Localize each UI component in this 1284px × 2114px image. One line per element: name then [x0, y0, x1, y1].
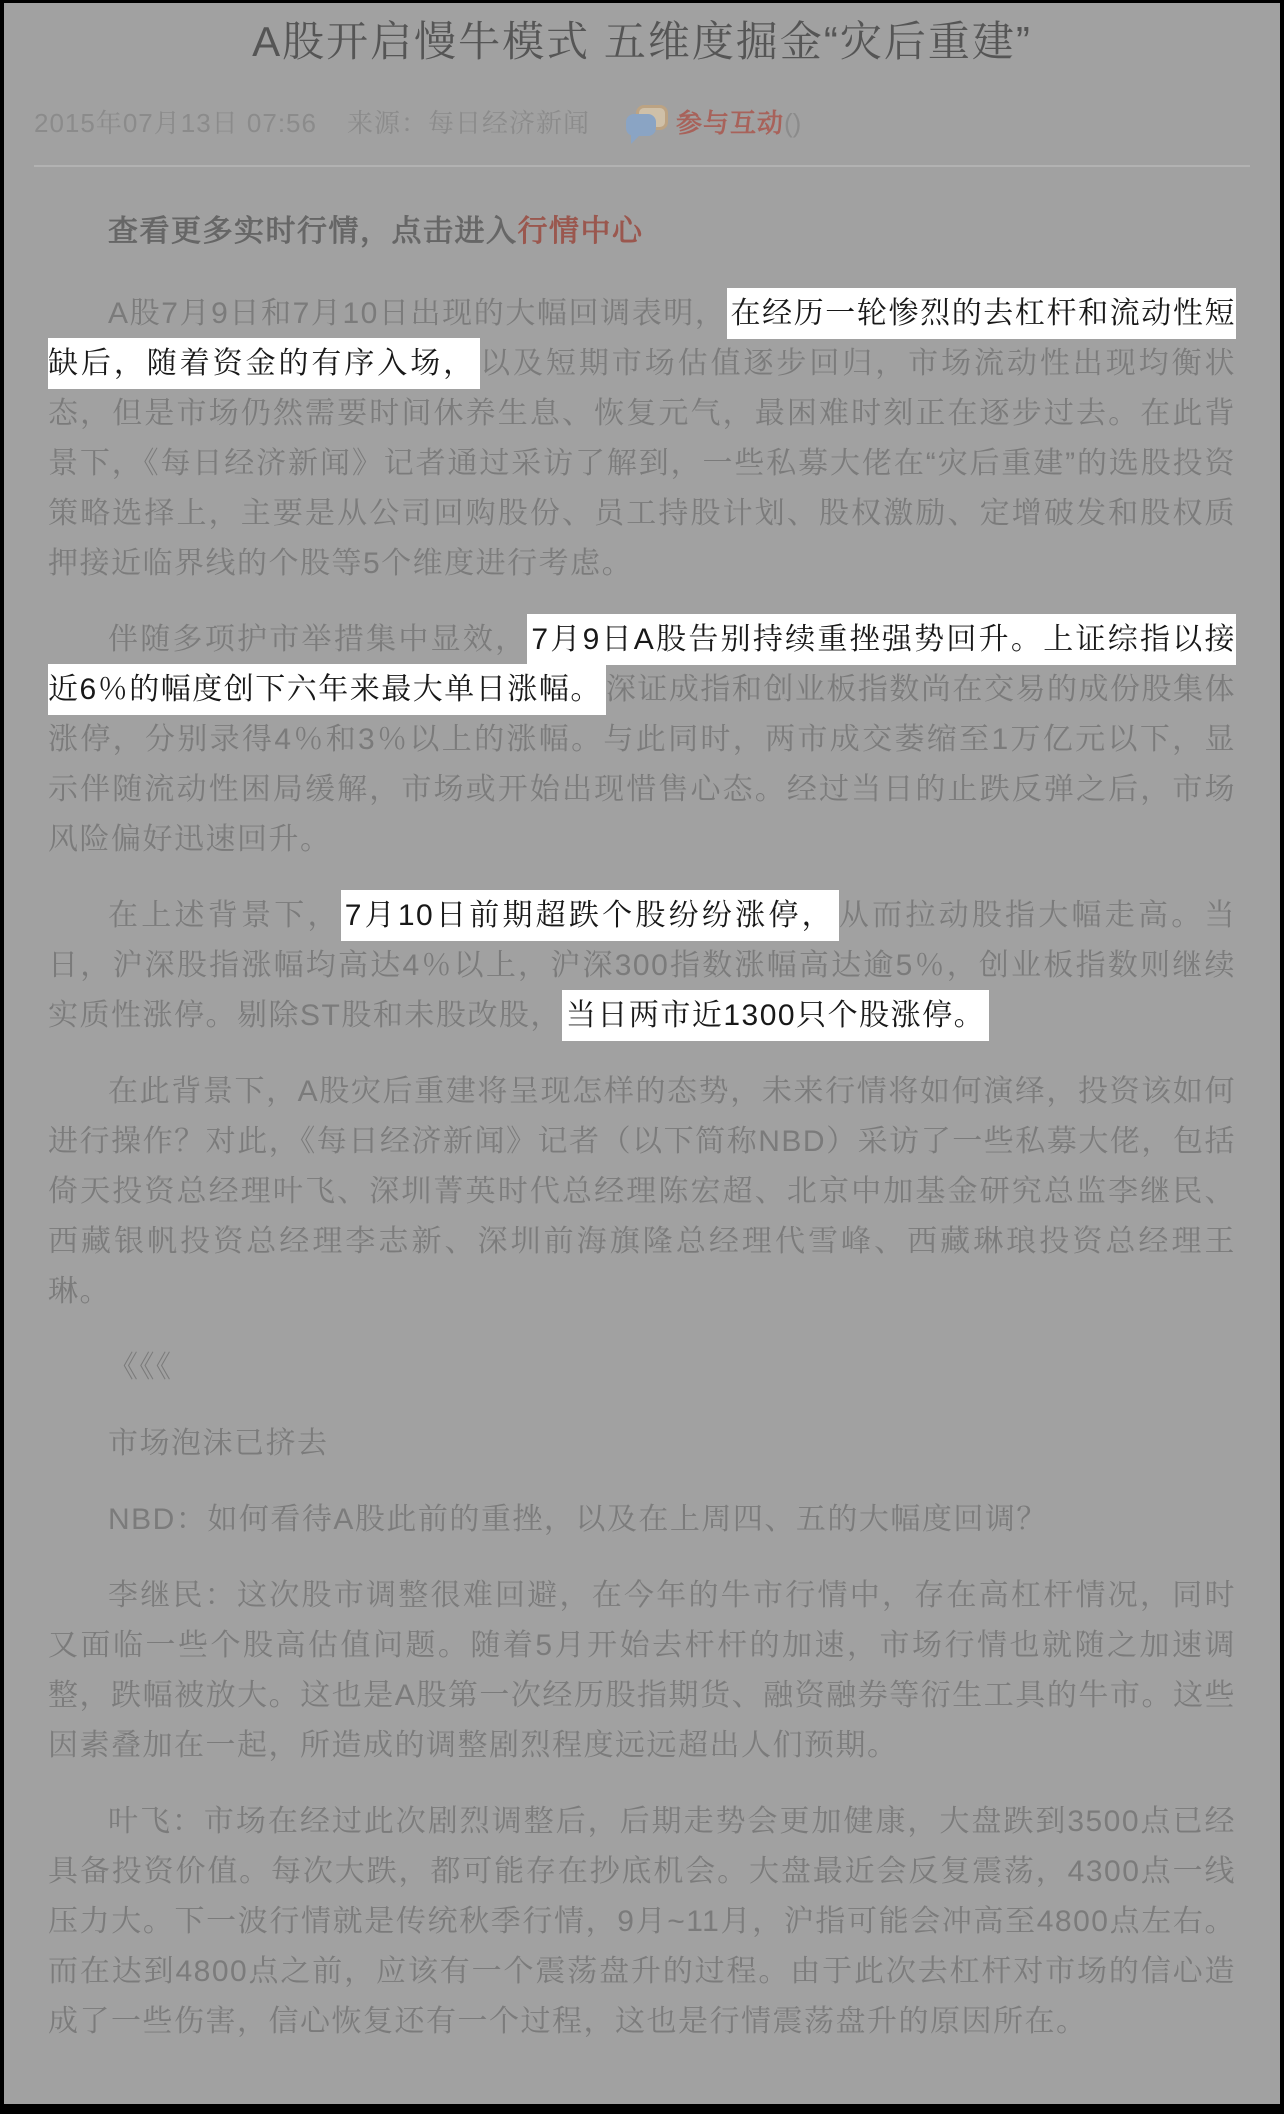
- paragraph-text: 在上述背景下，: [108, 899, 341, 932]
- market-quotes-lead: 查看更多实时行情，点击进入行情中心: [48, 207, 1236, 257]
- highlighted-text[interactable]: 7月10日前期超跌个股纷纷涨停，: [341, 890, 839, 941]
- interact-count: (): [784, 106, 801, 140]
- paragraph-text: A股7月9日和7月10日出现的大幅回调表明，: [108, 297, 727, 330]
- article-paragraph: 叶飞：市场在经过此次剧烈调整后，后期走势会更加健康，大盘跌到3500点已经具备投…: [48, 1797, 1236, 2047]
- article-paragraph: NBD：如何看待A股此前的重挫，以及在上周四、五的大幅度回调？: [48, 1495, 1236, 1545]
- paragraph-text: 在此背景下，A股灾后重建将呈现怎样的态势，未来行情将如何演绎，投资该如何进行操作…: [48, 1075, 1236, 1308]
- article-paragraph: 在此背景下，A股灾后重建将呈现怎样的态势，未来行情将如何演绎，投资该如何进行操作…: [48, 1067, 1236, 1317]
- article-paragraph: 市场泡沫已挤去: [48, 1419, 1236, 1469]
- bubble-front-shape: [626, 114, 656, 136]
- article-paragraph: A股7月9日和7月10日出现的大幅回调表明，在经历一轮惨烈的去杠杆和流动性短缺后…: [48, 289, 1236, 589]
- paragraph-text: 叶飞：市场在经过此次剧烈调整后，后期走势会更加健康，大盘跌到3500点已经具备投…: [48, 1805, 1236, 2038]
- article-paragraph: 《《《: [48, 1343, 1236, 1393]
- paragraph-text: NBD：如何看待A股此前的重挫，以及在上周四、五的大幅度回调？: [108, 1503, 1048, 1536]
- lead-text: 查看更多实时行情，点击进入: [108, 215, 518, 248]
- publish-date: 2015年07月13日 07:56: [34, 106, 317, 140]
- article-page: { "colors":{ "page_dim_background":"#a1a…: [0, 0, 1284, 2114]
- article-body: 查看更多实时行情，点击进入行情中心 A股7月9日和7月10日出现的大幅回调表明，…: [4, 167, 1280, 2047]
- article-title: A股开启慢牛模式 五维度掘金“灾后重建”: [44, 17, 1240, 67]
- interact-area: 参与互动 (): [624, 103, 801, 143]
- paragraph-text: 李继民：这次股市调整很难回避，在今年的牛市行情中，存在高杠杆情况，同时又面临一些…: [48, 1579, 1236, 1762]
- comment-bubbles-icon: [624, 103, 672, 143]
- paragraph-list: A股7月9日和7月10日出现的大幅回调表明，在经历一轮惨烈的去杠杆和流动性短缺后…: [48, 289, 1236, 2047]
- highlighted-text[interactable]: 当日两市近1300只个股涨停。: [562, 990, 989, 1041]
- source-label: 来源：每日经济新闻: [347, 106, 590, 140]
- interact-link[interactable]: 参与互动: [676, 106, 784, 140]
- paragraph-text: 伴随多项护市举措集中显效，: [108, 623, 527, 656]
- quotes-center-link[interactable]: 行情中心: [518, 215, 644, 248]
- article-paragraph: 伴随多项护市举措集中显效，7月9日A股告别持续重挫强势回升。上证综指以接近6％的…: [48, 615, 1236, 865]
- article-paragraph: 在上述背景下，7月10日前期超跌个股纷纷涨停，从而拉动股指大幅走高。当日，沪深股…: [48, 891, 1236, 1041]
- article-paragraph: 李继民：这次股市调整很难回避，在今年的牛市行情中，存在高杠杆情况，同时又面临一些…: [48, 1571, 1236, 1771]
- article-header: A股开启慢牛模式 五维度掘金“灾后重建” 2015年07月13日 07:56 来…: [4, 17, 1280, 167]
- paragraph-text: 《《《: [108, 1351, 173, 1384]
- article-meta: 2015年07月13日 07:56 来源：每日经济新闻 参与互动 (): [34, 103, 1250, 143]
- paragraph-text: 市场泡沫已挤去: [108, 1427, 329, 1460]
